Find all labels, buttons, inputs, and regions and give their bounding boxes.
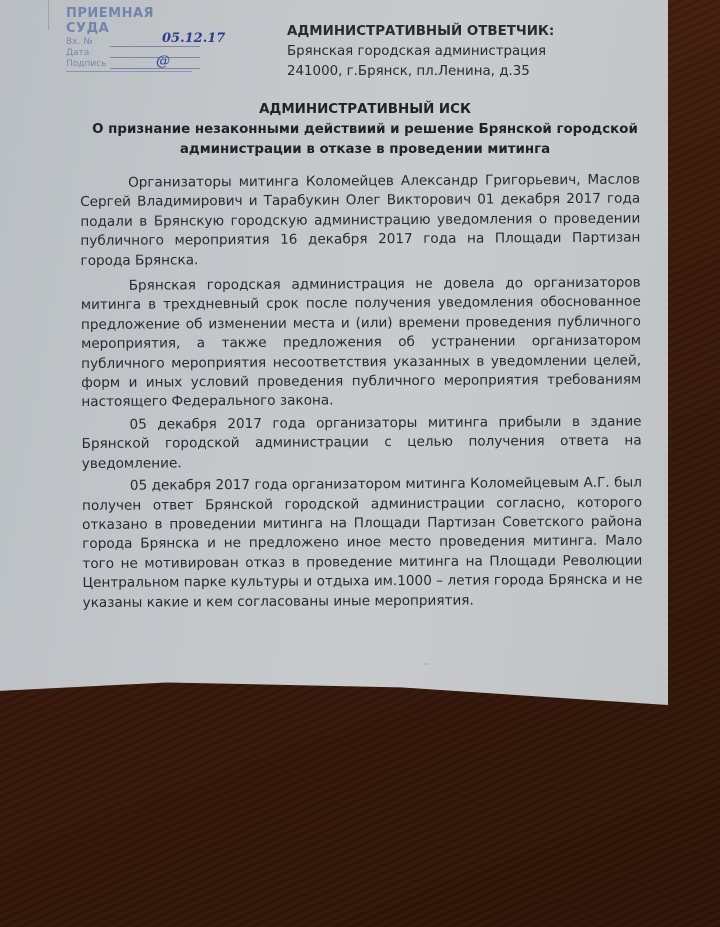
document-subject-line-1: О признание незаконными действиий и реше…: [90, 120, 640, 140]
document-title-block: АДМИНИСТРАТИВНЫЙ ИСК О признание незакон…: [90, 100, 640, 160]
stamp-row-incoming-number: Вх. № 05.12.17: [66, 36, 200, 47]
stamp-row-date: Дата: [66, 47, 200, 58]
paragraph-arrival: 05 декабря 2017 года организаторы митинг…: [81, 412, 641, 474]
stamp-label: Подпись: [66, 59, 110, 69]
stamp-label: Дата: [66, 48, 110, 58]
document-body: Организаторы митинга Коломейцев Александ…: [80, 171, 643, 613]
respondent-address: 241000, г.Брянск, пл.Ленина, д.35: [287, 62, 587, 82]
paragraph-organizers-notice: Организаторы митинга Коломейцев Александ…: [80, 171, 641, 271]
stamp-field-line: 05.12.17: [110, 37, 200, 47]
document-type-title: АДМИНИСТРАТИВНЫЙ ИСК: [90, 100, 640, 120]
stamp-label: Вх. №: [66, 37, 110, 47]
respondent-block: АДМИНИСТРАТИВНЫЙ ОТВЕТЧИК: Брянская горо…: [287, 22, 587, 82]
stamp-field-line: [110, 48, 200, 58]
respondent-name: Брянская городская администрация: [287, 42, 587, 62]
paper-speck: ··: [424, 660, 434, 663]
respondent-heading: АДМИНИСТРАТИВНЫЙ ОТВЕТЧИК:: [287, 22, 587, 42]
paragraph-administration-failure: Брянская городская администрация не дове…: [81, 274, 642, 413]
paragraph-refusal: 05 декабря 2017 года организатором митин…: [82, 474, 643, 613]
stamp-field-line: @: [110, 59, 200, 69]
handwritten-signature: @: [156, 53, 170, 69]
stamp-bottom-rule: [66, 71, 192, 72]
document-page: ПРИЕМНАЯ СУДА Вх. № 05.12.17 Дата Подпис…: [0, 0, 668, 705]
document-subject-line-2: администрации в отказе в проведении мити…: [90, 140, 640, 160]
stamp-row-signature: Подпись @: [66, 58, 200, 69]
court-reception-stamp: ПРИЕМНАЯ СУДА Вх. № 05.12.17 Дата Подпис…: [60, 6, 200, 68]
handwritten-incoming-number: 05.12.17: [162, 31, 225, 46]
